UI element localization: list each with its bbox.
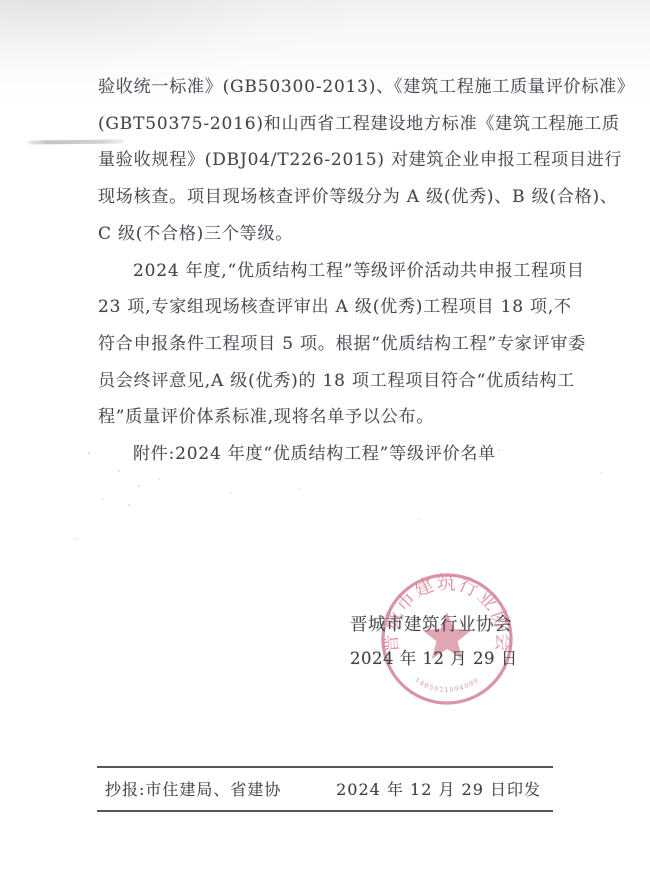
svg-text:1405021094099: 1405021094099 bbox=[413, 676, 480, 694]
body-line: 员会终评意见,A 级(优秀)的 18 项工程项目符合“优质结构工 bbox=[98, 363, 568, 400]
footer-bar: 抄报:市住建局、省建协 2024 年 12 月 29 日印发 bbox=[97, 766, 553, 812]
body-line: 量验收规程》(DBJ04/T226-2015) 对建筑企业申报工程项目进行 bbox=[98, 142, 568, 179]
body-line: 23 项,专家组现场核查评审出 A 级(优秀)工程项目 18 项,不 bbox=[98, 289, 568, 326]
body-line: 验收统一标准》(GB50300-2013)、《建筑工程施工质量评价标准》 bbox=[98, 69, 568, 106]
official-seal: 晋城市建筑行业协会 1405021094099 bbox=[374, 566, 520, 712]
body-line: C 级(不合格)三个等级。 bbox=[98, 216, 568, 253]
body-line: 程”质量评价体系标准,现将名单予以公布。 bbox=[98, 399, 568, 436]
body-text: 验收统一标准》(GB50300-2013)、《建筑工程施工质量评价标准》(GBT… bbox=[98, 69, 568, 473]
body-line: 附件:2024 年度“优质结构工程”等级评价名单 bbox=[98, 436, 568, 473]
seal-serial-number: 1405021094099 bbox=[413, 676, 480, 694]
signature-organization: 晋城市建筑行业协会 bbox=[350, 611, 512, 636]
footer-copy-to: 抄报:市住建局、省建协 bbox=[105, 777, 281, 800]
body-line: 现场核查。项目现场核查评价等级分为 A 级(优秀)、B 级(合格)、 bbox=[98, 179, 568, 216]
body-line: 符合申报条件工程项目 5 项。根据“优质结构工程”专家评审委 bbox=[98, 326, 568, 363]
body-line: 2024 年度,“优质结构工程”等级评价活动共申报工程项目 bbox=[98, 253, 568, 290]
scan-noise-dots bbox=[88, 452, 90, 454]
scanned-document-page: 验收统一标准》(GB50300-2013)、《建筑工程施工质量评价标准》(GBT… bbox=[0, 0, 650, 890]
footer-print-date: 2024 年 12 月 29 日印发 bbox=[336, 777, 541, 800]
signature-date: 2024 年 12 月 29 日 bbox=[350, 645, 512, 669]
body-line: (GBT50375-2016)和山西省工程建设地方标准《建筑工程施工质 bbox=[98, 106, 568, 143]
